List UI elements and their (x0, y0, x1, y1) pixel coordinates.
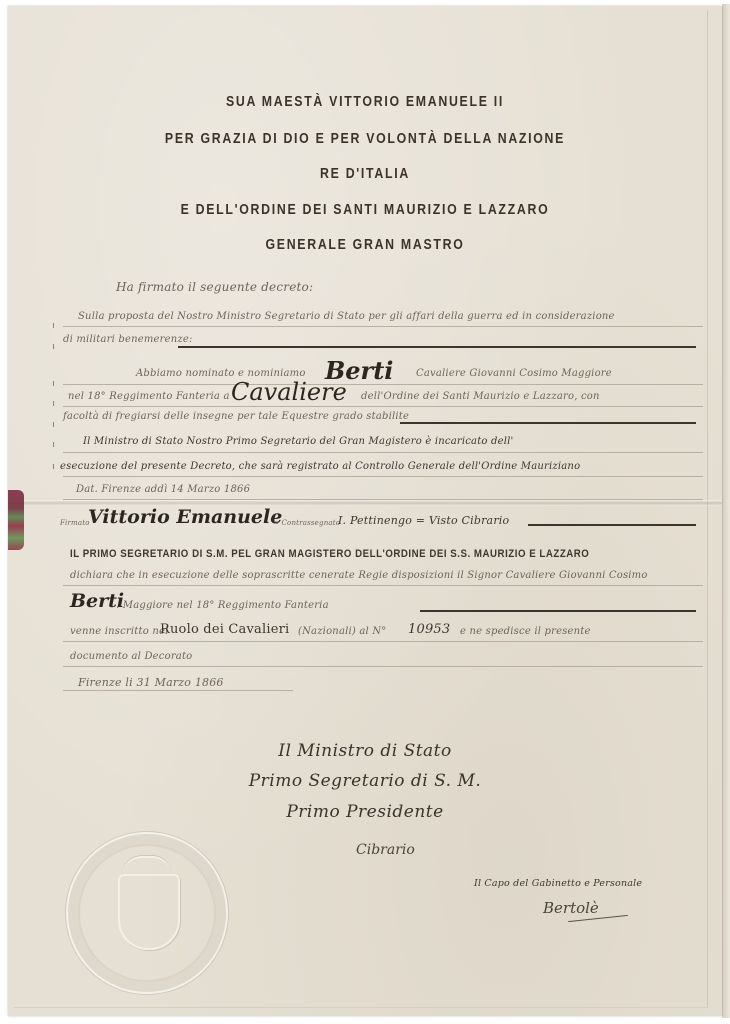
ruled-line (63, 641, 703, 642)
countersigned-label: = Contrassegnato (273, 519, 340, 527)
decree-line-2: di militari benemerenze: (63, 334, 193, 345)
margin-tick (53, 401, 54, 406)
closing-title-1: Il Ministro di Stato (8, 741, 722, 761)
margin-tick (53, 381, 54, 386)
registration-number: 10953 (408, 622, 450, 637)
ruled-line (63, 690, 293, 691)
ribbon-icon (8, 490, 24, 550)
decree-line-6: Il Ministro di Stato Nostro Primo Segret… (83, 436, 514, 447)
decree-line-1: Sulla proposta del Nostro Ministro Segre… (78, 311, 615, 322)
registration-line-4: documento al Decorato (70, 651, 192, 662)
decree-date: Dat. Firenze addì 14 Marzo 1866 (76, 484, 250, 495)
decree-line-4-suffix: dell'Ordine dei Santi Maurizio e Lazzaro… (361, 391, 600, 402)
header-line-5: GENERALE GRAN MASTRO (62, 237, 669, 253)
registration-line-2: . Maggiore nel 18° Reggimento Fanteria (116, 600, 329, 611)
decree-intro: Ha firmato il seguente decreto: (116, 280, 313, 294)
countersigned-by: I. Pettinengo = Visto Cibrario (338, 514, 509, 527)
crown-icon (122, 856, 172, 876)
registration-line-3-mid: (Nazionali) al N° (298, 626, 386, 637)
filler-line (420, 610, 696, 612)
registration-date: Firenze li 31 Marzo 1866 (78, 676, 224, 689)
page-edge (722, 4, 730, 1018)
header-line-2: PER GRAZIA DI DIO E PER VOLONTÀ DELLA NA… (62, 131, 669, 147)
king-signature: Vittorio Emanuele (88, 506, 282, 528)
shield-icon (118, 874, 180, 950)
ruled-line (63, 499, 703, 500)
cabinet-signature: Bertolè (543, 899, 599, 917)
decree-line-5: facoltà di fregiarsi delle insegne per t… (63, 411, 409, 422)
decree-line-4-prefix: nel 18° Reggimento Fanteria a (68, 391, 230, 402)
filler-line (178, 346, 696, 348)
margin-tick (53, 442, 54, 447)
ruled-line (63, 452, 703, 453)
registration-line-1: dichiara che in esecuzione delle soprasc… (70, 570, 648, 581)
margin-tick (53, 323, 54, 328)
header-line-4: E DELL'ORDINE DEI SANTI MAURIZIO E LAZZA… (62, 202, 669, 218)
filler-line (528, 524, 696, 526)
rank-title: Cavaliere (231, 378, 347, 406)
closing-title-2: Primo Segretario di S. M. (8, 771, 722, 791)
document-page: SUA MAESTÀ VITTORIO EMANUELE II PER GRAZ… (8, 6, 722, 1016)
closing-title-3: Primo Presidente (8, 802, 722, 822)
registration-heading: IL PRIMO SEGRETARIO DI S.M. PEL GRAN MAG… (70, 548, 589, 560)
header-line-1: SUA MAESTÀ VITTORIO EMANUELE II (62, 94, 669, 110)
registration-line-3-prefix: venne inscritto nel (70, 626, 169, 637)
cabinet-label: Il Capo del Gabinetto e Personale (474, 878, 642, 889)
header-line-3: RE D'ITALIA (62, 166, 669, 182)
roll-name: Ruolo dei Cavalieri (160, 622, 289, 637)
filler-line (400, 422, 696, 424)
ruled-line (63, 666, 703, 667)
ruled-line (63, 585, 703, 586)
decree-line-7: esecuzione del presente Decreto, che sar… (60, 461, 580, 472)
registration-line-3-suffix: e ne spedisce il presente (460, 626, 591, 637)
ruled-line (63, 326, 703, 327)
ruled-line (63, 476, 703, 477)
signed-label: Firmato (60, 519, 90, 527)
margin-tick (53, 344, 54, 349)
ruled-line (63, 406, 703, 407)
minister-signature: Cibrario (356, 842, 415, 858)
decree-line-3-suffix: Cavaliere Giovanni Cosimo Maggiore (416, 368, 612, 379)
embossed-seal-icon (66, 832, 228, 994)
margin-tick (53, 422, 54, 427)
margin-tick (53, 464, 54, 469)
